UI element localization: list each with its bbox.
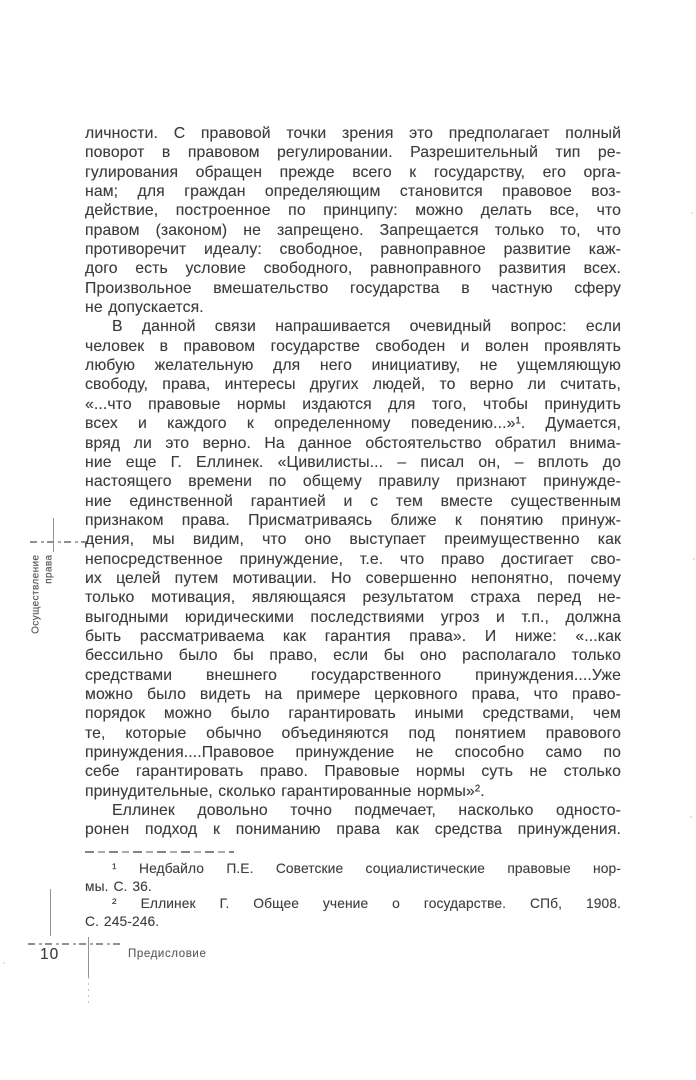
text-line: порядок можно было гарантировать иными с…	[85, 704, 621, 723]
crop-mark-vertical-upper	[53, 518, 54, 552]
text-line: их целей путем мотивации. Но совершенно …	[85, 569, 621, 588]
text-line: средствами внешнего государственного при…	[85, 666, 621, 685]
text-line: Произвольное вмешательство государства в…	[85, 279, 621, 298]
body-text: личности. С правовой точки зрения это пр…	[85, 124, 621, 840]
text-line: противоречит идеалу: свободное, равнопра…	[85, 240, 621, 259]
text-line: нам; для граждан определяющим становится…	[85, 182, 621, 201]
text-line: быть рассматриваема как гарантия права».…	[85, 627, 621, 646]
text-line: поворот в правовом регулировании. Разреш…	[85, 143, 621, 162]
crop-mark-horizontal-lower	[28, 943, 121, 945]
text-line: действие, построенное по принципу: можно…	[85, 201, 621, 220]
text-line: ние еще Г. Еллинек. «Цивилисты... – писа…	[85, 453, 621, 472]
text-line: выгодными юридическими последствиями угр…	[85, 608, 621, 627]
scan-speck	[690, 816, 692, 818]
text-line: свободу, права, интересы других людей, т…	[85, 375, 621, 394]
text-line: ние единственной гарантией и с тем вмест…	[85, 492, 621, 511]
text-line: не допускается.	[85, 298, 621, 317]
text-line: мы. С. 36.	[85, 878, 621, 896]
text-line: ¹ Недбайло П.Е. Советские социалистическ…	[85, 860, 621, 878]
text-line: можно было видеть на примере церковного …	[85, 685, 621, 704]
text-line: настоящего времени по общему правилу при…	[85, 472, 621, 491]
text-line: признаком права. Присматриваясь ближе к …	[85, 511, 621, 530]
text-line: принуждения....Правовое принуждение не с…	[85, 743, 621, 762]
text-line: принудительные, сколько гарантированные …	[85, 782, 621, 801]
text-line: гулирования обращен прежде всего к госуд…	[85, 163, 621, 182]
text-line: личности. С правовой точки зрения это пр…	[85, 124, 621, 143]
text-line: «...что правовые нормы издаются для того…	[85, 395, 621, 414]
text-line: В данной связи напрашивается очевидный в…	[85, 317, 621, 336]
scan-speck	[693, 558, 695, 560]
text-line: ронен подход к пониманию права как средс…	[85, 820, 621, 839]
book-page: Осуществление права личности. С правовой…	[0, 0, 696, 1080]
crop-mark-vertical-lower-b	[88, 937, 89, 977]
margin-title-line2: права	[43, 555, 56, 665]
crop-mark-vertical-lower-a	[50, 889, 51, 936]
text-line: всех и каждого к определенному поведению…	[85, 414, 621, 433]
running-footer: Предисловие	[128, 948, 206, 960]
text-line: С. 245-246.	[85, 913, 621, 931]
text-line: те, которые обычно объединяются под поня…	[85, 724, 621, 743]
text-line: любую желательную для него инициативу, н…	[85, 356, 621, 375]
text-line: Еллинек довольно точно подмечает, наскол…	[85, 801, 621, 820]
text-line: вряд ли это верно. На данное обстоятельс…	[85, 434, 621, 453]
page-number: 10	[40, 946, 80, 964]
text-line: только мотивация, являющаяся результатом…	[85, 588, 621, 607]
margin-title: Осуществление права	[30, 555, 57, 665]
scan-speck	[3, 962, 5, 964]
footnote-rule	[85, 851, 234, 853]
text-line: дения, мы видим, что оно выступает преим…	[85, 530, 621, 549]
footnotes: ¹ Недбайло П.Е. Советские социалистическ…	[85, 860, 621, 930]
crop-mark-horizontal-upper	[30, 541, 88, 543]
text-line: правом (законом) не запрещено. Запрещает…	[85, 221, 621, 240]
margin-title-line1: Осуществление	[30, 555, 43, 665]
text-line: дого есть условие свободного, равноправн…	[85, 259, 621, 278]
text-line: человек в правовом государстве свободен …	[85, 337, 621, 356]
scan-speck	[691, 212, 693, 214]
text-line: ² Еллинек Г. Общее учение о государстве.…	[85, 895, 621, 913]
crop-mark-vertical-lower-b-tail	[88, 977, 89, 1003]
text-line: бессильно было бы право, если бы оно рас…	[85, 646, 621, 665]
text-line: непосредственное принуждение, т.е. что п…	[85, 550, 621, 569]
text-line: себе гарантировать право. Правовые нормы…	[85, 762, 621, 781]
